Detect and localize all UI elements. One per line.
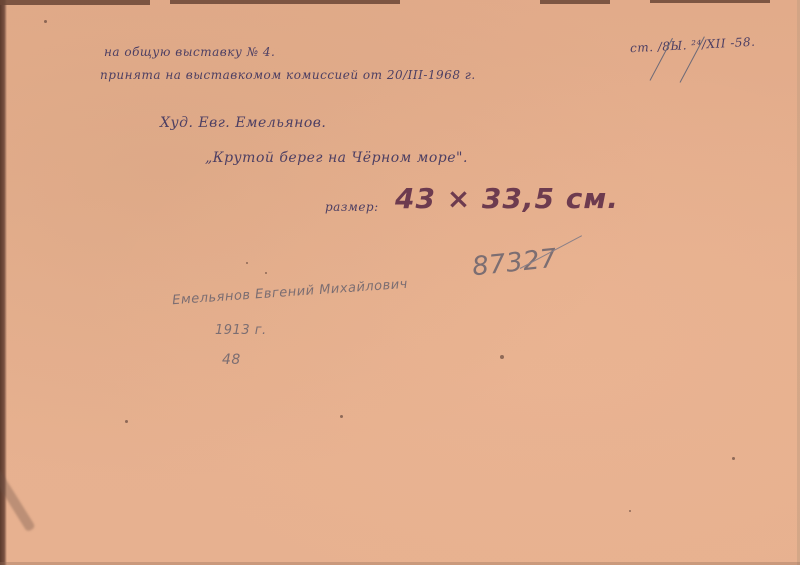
- top-edge-stain: [650, 0, 770, 3]
- top-right-code: ст. /8Ы. ²⁴/XII -58.: [630, 35, 756, 56]
- speck: [340, 415, 343, 418]
- top-edge-stain: [0, 0, 150, 5]
- year: 1913 г.: [215, 323, 267, 338]
- speck: [125, 420, 128, 423]
- cardboard-backing: на общую выставку № 4. принята на выстав…: [0, 0, 800, 565]
- speck: [246, 262, 248, 264]
- top-edge-stain: [540, 0, 610, 4]
- size-label: размер:: [325, 200, 379, 214]
- size-value: 43 × 33,5 см.: [395, 182, 619, 215]
- artist-full-name: Емельянов Евгений Михайлович: [172, 277, 409, 308]
- speck: [732, 457, 735, 460]
- speck: [500, 355, 504, 359]
- inventory-number: 87327: [471, 244, 559, 283]
- speck: [44, 20, 47, 23]
- number-48: 48: [222, 352, 241, 368]
- speck: [265, 272, 267, 274]
- top-edge-stain: [170, 0, 400, 4]
- artist-line: Худ. Евг. Емельянов.: [160, 115, 326, 131]
- acceptance-note: принята на выставкомом комиссией от 20/I…: [100, 68, 476, 82]
- speck: [629, 510, 631, 512]
- painting-title: „Крутой берег на Чёрном море".: [205, 150, 468, 166]
- exhibition-note: на общую выставку № 4.: [104, 45, 275, 59]
